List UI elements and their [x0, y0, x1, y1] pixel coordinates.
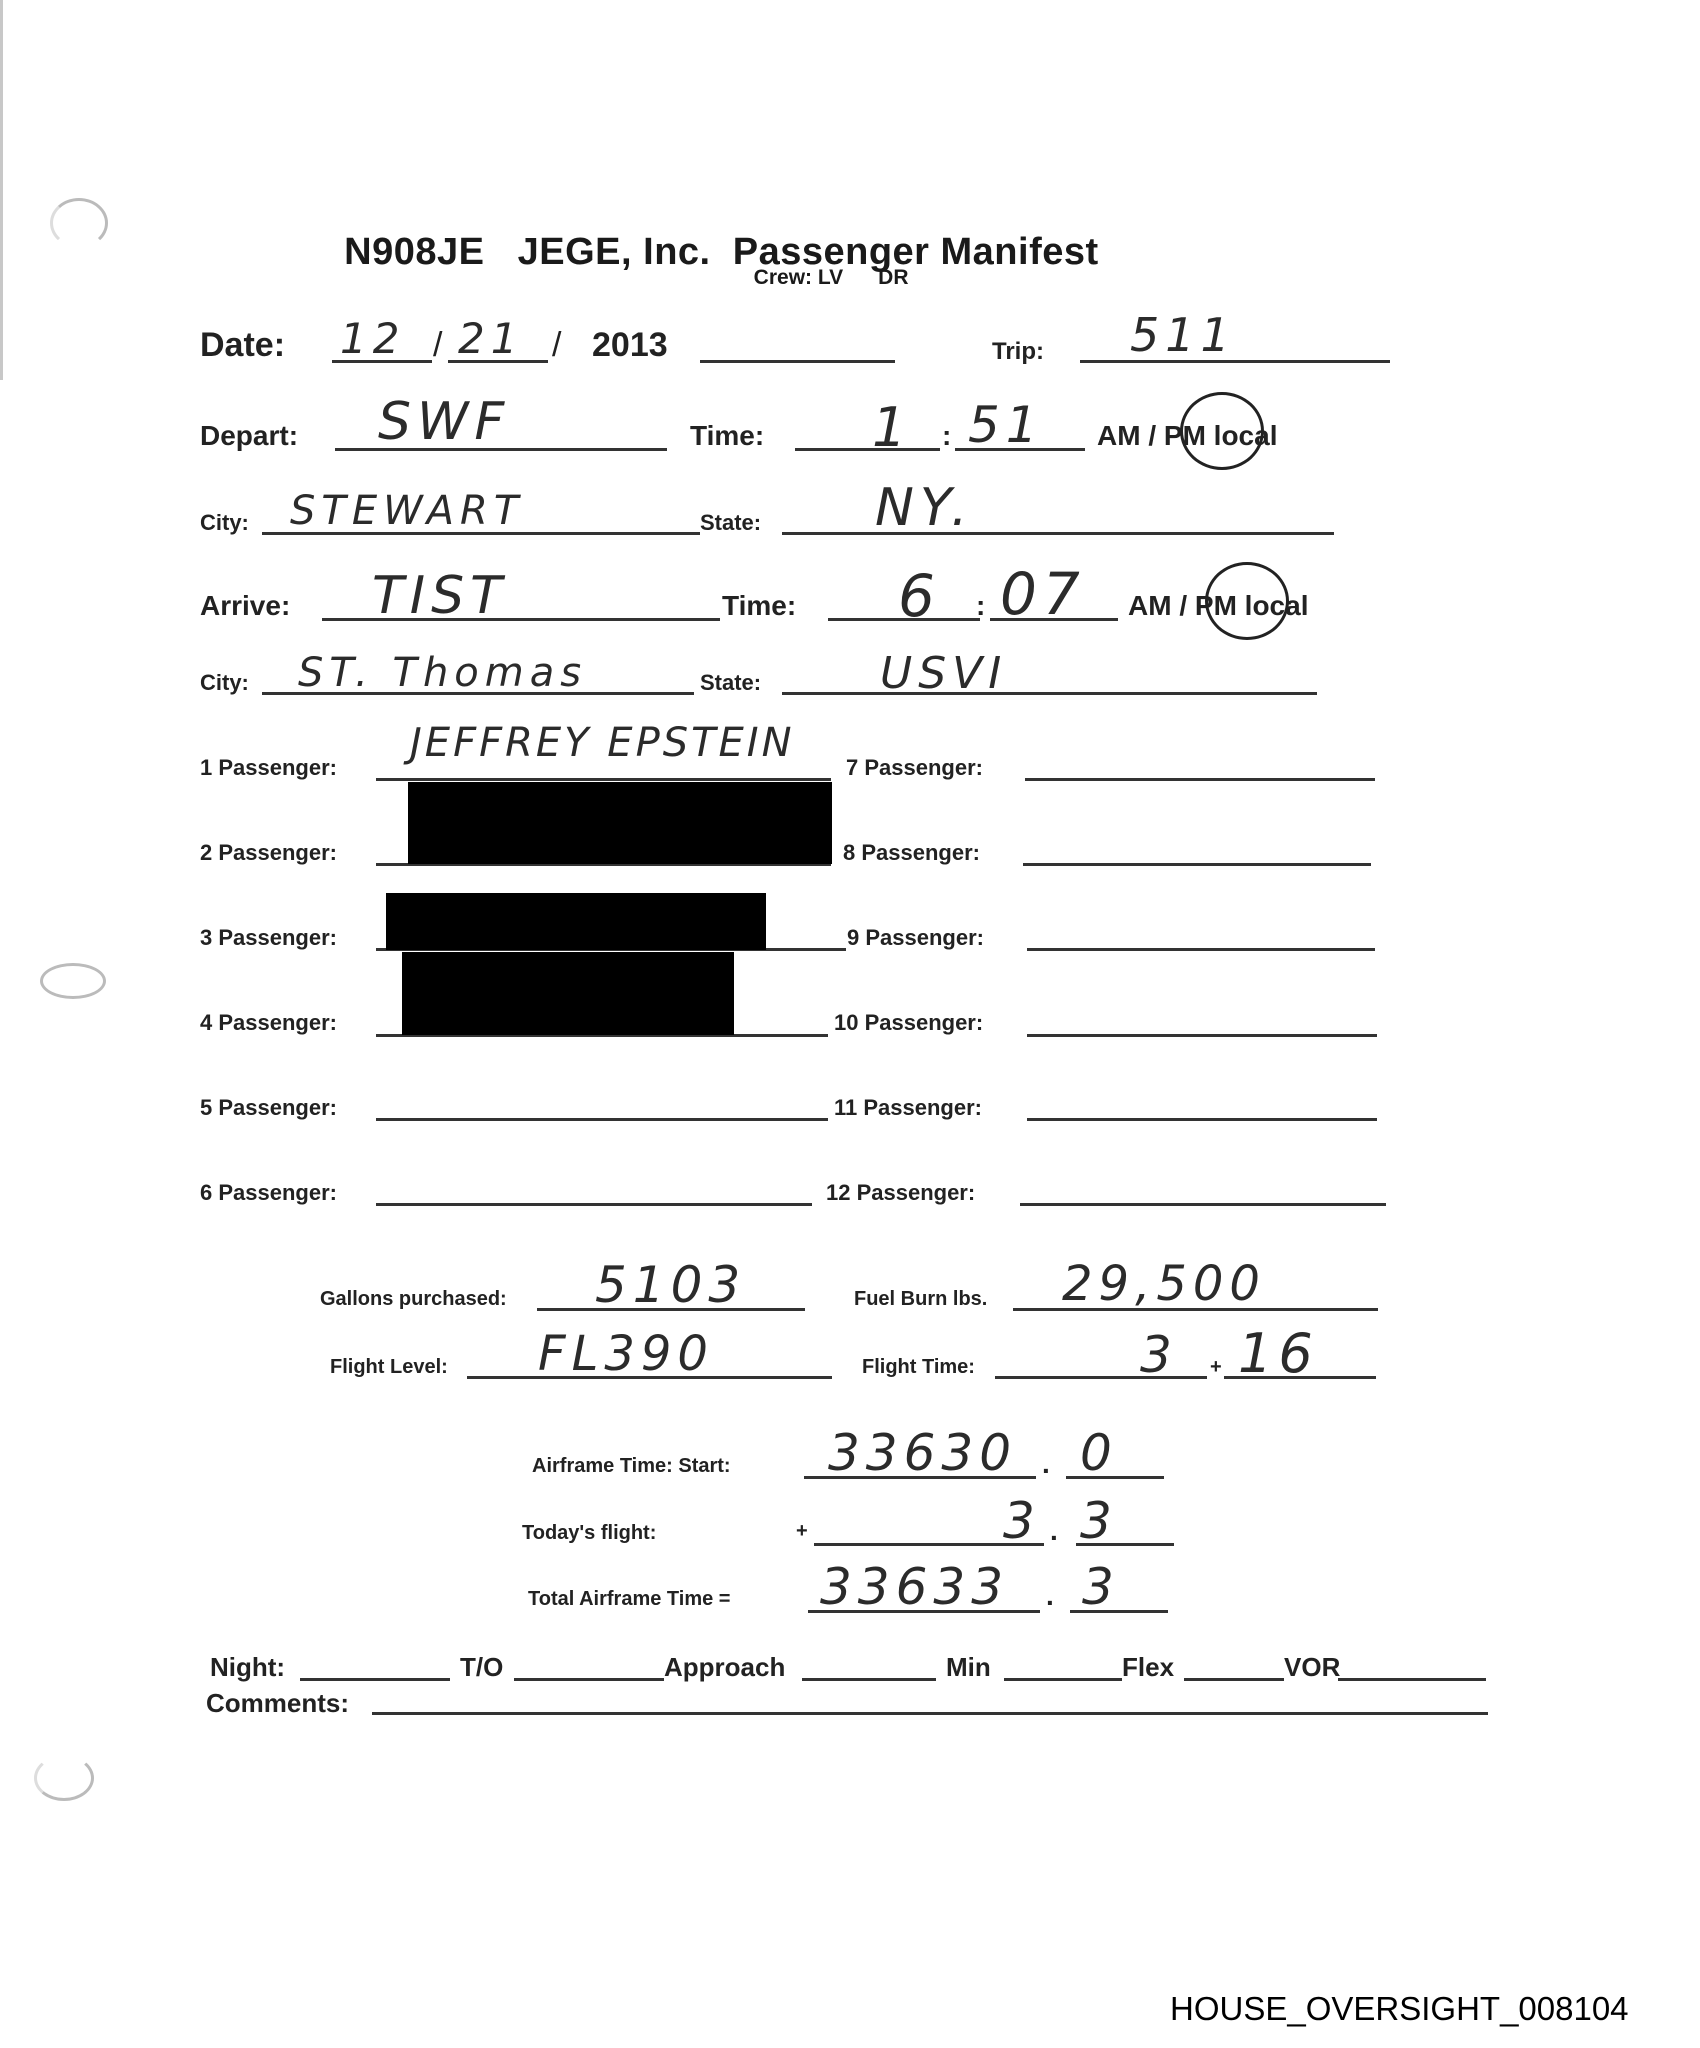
trip-label: Trip:: [992, 338, 1044, 366]
night-field[interactable]: [300, 1678, 450, 1681]
approach-label: Approach: [664, 1652, 785, 1683]
crew-member-1: LV: [818, 266, 843, 289]
date-month-value: 12: [340, 314, 405, 363]
to-field[interactable]: [514, 1678, 664, 1681]
arrive-time-colon: :: [976, 590, 985, 622]
comments-field[interactable]: [372, 1712, 1488, 1715]
total-airframe-label: Total Airframe Time =: [528, 1588, 730, 1611]
passenger-9-label: 9 Passenger:: [847, 925, 984, 951]
total-airframe-tenth-value: 3: [1082, 1558, 1120, 1616]
arrive-pm-selected-circle: [1205, 562, 1289, 640]
crew-label: Crew:: [754, 266, 812, 289]
arrive-state-value: USVI: [880, 648, 1007, 699]
scan-edge: [0, 0, 3, 380]
depart-value: SWF: [378, 392, 510, 452]
todays-flight-tenth-value: 3: [1080, 1492, 1118, 1550]
depart-state-value: NY.: [875, 478, 974, 538]
arrive-label: Arrive:: [200, 590, 290, 622]
passenger-5-label: 5 Passenger:: [200, 1095, 337, 1121]
depart-state-label: State:: [700, 510, 761, 536]
hole-punch-bottom: [34, 1755, 94, 1801]
todays-flight-plus: +: [796, 1520, 808, 1543]
depart-hour-field[interactable]: [795, 448, 940, 451]
hole-punch-middle: [40, 963, 106, 999]
todays-flight-label: Today's flight:: [522, 1522, 656, 1545]
date-sep-1: /: [433, 326, 442, 365]
airframe-start-tenth-value: 0: [1080, 1424, 1118, 1482]
depart-hour-value: 1: [872, 396, 912, 459]
airframe-start-label: Airframe Time: Start:: [532, 1455, 731, 1478]
passenger-6-label: 6 Passenger:: [200, 1180, 337, 1206]
passenger-10-field[interactable]: [1027, 1034, 1377, 1037]
passenger-7-label: 7 Passenger:: [846, 755, 983, 781]
crew-member-2: DR: [878, 266, 908, 289]
passenger-1-field[interactable]: [376, 778, 831, 781]
flex-label: Flex: [1122, 1652, 1174, 1683]
bates-number: HOUSE_OVERSIGHT_008104: [1170, 1990, 1629, 2028]
depart-city-label: City:: [200, 510, 249, 536]
todays-flight-whole-value: 3: [1003, 1492, 1041, 1550]
depart-minute-value: 51: [968, 396, 1044, 454]
flight-level-label: Flight Level:: [330, 1356, 448, 1379]
passenger-8-label: 8 Passenger:: [843, 840, 980, 866]
passenger-5-field[interactable]: [376, 1118, 828, 1121]
depart-time-label: Time:: [690, 420, 764, 452]
passenger-4-redaction: [402, 952, 734, 1035]
vor-field[interactable]: [1338, 1678, 1486, 1681]
total-airframe-dot: .: [1046, 1580, 1054, 1612]
passenger-11-label: 11 Passenger:: [834, 1095, 982, 1121]
arrive-time-label: Time:: [722, 590, 796, 622]
gallons-value: 5103: [595, 1256, 746, 1314]
depart-ampm-slash: /: [1148, 420, 1156, 451]
todays-flight-dot: .: [1050, 1515, 1058, 1547]
trip-value: 511: [1130, 308, 1236, 362]
flight-level-value: FL390: [538, 1326, 714, 1382]
min-label: Min: [946, 1652, 991, 1683]
crew-line: Crew: LV DR: [742, 242, 909, 290]
total-airframe-whole-value: 33633: [820, 1558, 1009, 1616]
passenger-9-field[interactable]: [1027, 948, 1375, 951]
to-label: T/O: [460, 1652, 503, 1683]
tail-number: N908JE: [344, 231, 484, 273]
min-field[interactable]: [1004, 1678, 1122, 1681]
approach-field[interactable]: [802, 1678, 936, 1681]
arrive-city-label: City:: [200, 670, 249, 696]
date-sep-2: /: [552, 326, 561, 365]
passenger-3-redaction: [386, 893, 766, 950]
gallons-label: Gallons purchased:: [320, 1288, 507, 1311]
depart-pm-selected-circle: [1180, 392, 1264, 470]
arrive-city-value: ST. Thomas: [298, 650, 587, 696]
airframe-start-whole-value: 33630: [828, 1424, 1017, 1482]
passenger-2-redaction: [408, 782, 832, 864]
passenger-3-label: 3 Passenger:: [200, 925, 337, 951]
depart-city-value: STEWART: [290, 488, 524, 534]
arrive-state-label: State:: [700, 670, 761, 696]
arrive-ampm-slash: /: [1179, 590, 1187, 621]
passenger-2-label: 2 Passenger:: [200, 840, 337, 866]
flex-field[interactable]: [1184, 1678, 1284, 1681]
date-extra-line: [700, 360, 895, 363]
depart-time-colon: :: [942, 420, 951, 452]
arrive-value: TIST: [372, 566, 508, 626]
arrive-hour-value: 6: [898, 562, 941, 630]
depart-am-option[interactable]: AM: [1097, 420, 1141, 451]
form-title: N908JE JEGE, Inc. Passenger Manifest: [322, 188, 1099, 274]
passenger-1-label: 1 Passenger:: [200, 755, 337, 781]
passenger-8-field[interactable]: [1023, 863, 1371, 866]
date-label: Date:: [200, 326, 285, 365]
arrive-minute-value: 07: [1000, 560, 1086, 628]
depart-label: Depart:: [200, 420, 298, 452]
flight-time-plus: +: [1210, 1356, 1222, 1379]
airframe-start-dot: .: [1042, 1448, 1050, 1480]
date-year: 2013: [592, 326, 668, 365]
arrive-state-field[interactable]: [782, 692, 1317, 695]
comments-label: Comments:: [206, 1688, 349, 1719]
passenger-11-field[interactable]: [1027, 1118, 1377, 1121]
passenger-7-field[interactable]: [1025, 778, 1375, 781]
passenger-10-label: 10 Passenger:: [834, 1010, 983, 1036]
hole-punch-top: [50, 198, 108, 248]
passenger-4-label: 4 Passenger:: [200, 1010, 337, 1036]
flight-time-hours-value: 3: [1140, 1326, 1178, 1384]
passenger-6-field[interactable]: [376, 1203, 812, 1206]
passenger-1-value: JEFFREY EPSTEIN: [410, 720, 795, 766]
company-name: JEGE, Inc.: [518, 231, 711, 273]
fuel-burn-value: 29,500: [1062, 1256, 1266, 1312]
depart-state-field[interactable]: [782, 532, 1334, 535]
passenger-12-field[interactable]: [1020, 1203, 1386, 1206]
flight-time-label: Flight Time:: [862, 1356, 975, 1379]
fuel-burn-label: Fuel Burn lbs.: [854, 1288, 987, 1311]
flight-time-minutes-value: 16: [1238, 1322, 1319, 1385]
passenger-12-label: 12 Passenger:: [826, 1180, 975, 1206]
arrive-am-option[interactable]: AM: [1128, 590, 1172, 621]
night-label: Night:: [210, 1652, 285, 1683]
date-day-value: 21: [458, 314, 523, 363]
vor-label: VOR: [1284, 1652, 1340, 1683]
